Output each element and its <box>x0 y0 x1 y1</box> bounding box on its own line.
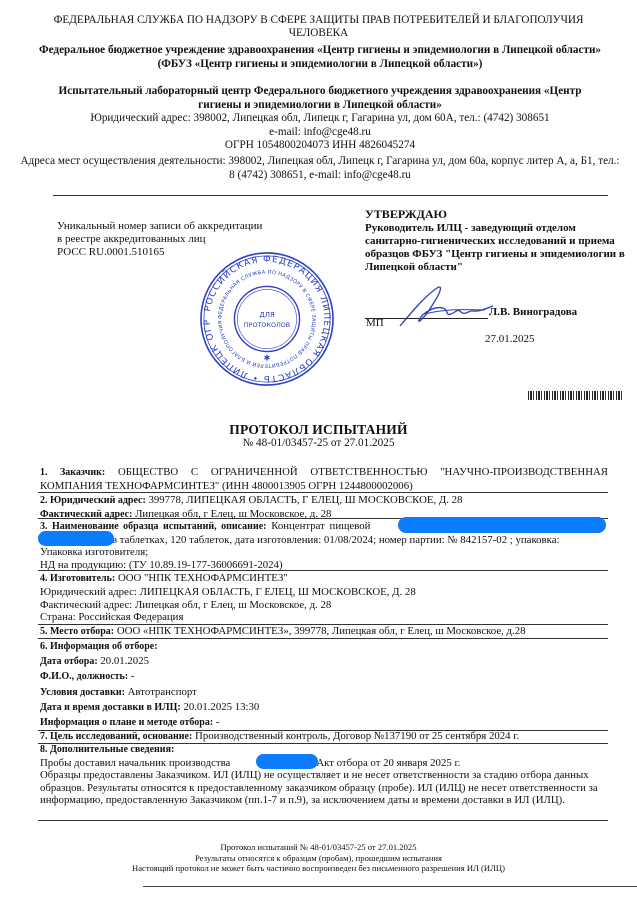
official-stamp-icon: РОССИЙСКАЯ ФЕДЕРАЦИЯ ЛИПЕЦКАЯ ОБЛАСТЬ • … <box>198 250 336 388</box>
accreditation-line2: в реестре аккредитованных лиц <box>57 233 307 246</box>
svg-text:✱: ✱ <box>264 353 271 362</box>
approval-date: 27.01.2025 <box>485 333 535 345</box>
barcode-icon <box>528 391 624 400</box>
sampling-place-label: 5. Место отбора: <box>40 626 114 637</box>
protocol-title: ПРОТОКОЛ ИСПЫТАНИЙ <box>0 422 637 438</box>
activity-address: Адреса мест осуществления деятельности: … <box>20 154 620 182</box>
sampling-plan-label: Информация о плане и методе отбора: <box>40 717 213 728</box>
sampling-info-label: 6. Информация об отборе: <box>40 639 608 654</box>
disclaimer-paragraph: Образцы предоставлены Заказчиком. ИЛ (ИЛ… <box>40 769 608 807</box>
sampling-place-value: ООО «НПК ТЕХНОФАРМСИНТЕЗ», 399778, Липец… <box>117 625 526 637</box>
lab-ogrn-inn: ОГРН 1054800204073 ИНН 4826045274 <box>20 139 620 153</box>
purpose-value: Производственный контроль, Договор №1371… <box>195 730 519 742</box>
institution-name: Федеральное бюджетное учреждение здравоо… <box>20 43 620 71</box>
sampler-name-value: - <box>131 671 134 682</box>
divider <box>38 492 608 493</box>
sampling-act-text: Акт отбора от 20 января 2025 г. <box>316 757 460 769</box>
approval-block: УТВЕРЖДАЮ Руководитель ИЛЦ - заведующий … <box>365 208 625 274</box>
lab-info: Испытательный лабораторный центр Федерал… <box>20 85 620 153</box>
sampling-date-value: 20.01.2025 <box>100 655 149 667</box>
customer-value: ОБЩЕСТВО С ОГРАНИЧЕННОЙ ОТВЕТСТВЕННОСТЬЮ… <box>40 466 608 492</box>
seal-place-label: МП <box>366 317 384 329</box>
svg-text:ДЛЯ: ДЛЯ <box>259 311 275 319</box>
approval-title: УТВЕРЖДАЮ <box>365 208 625 221</box>
section-customer: 1. Заказчик: ОБЩЕСТВО С ОГРАНИЧЕННОЙ ОТВ… <box>40 466 608 492</box>
divider <box>38 570 608 571</box>
additional-info-label: 8. Дополнительные сведения: <box>40 744 608 757</box>
legal-address-label: 2. Юридический адрес: <box>40 495 146 506</box>
header-divider <box>53 195 608 196</box>
manufacturer-legal-address: Юридический адрес: ЛИПЕЦКАЯ ОБЛАСТЬ, Г Е… <box>40 586 608 599</box>
approval-position: Руководитель ИЛЦ - заведующий отделом са… <box>365 222 625 274</box>
delivered-by-text: Пробы доставил начальник производства <box>40 757 230 769</box>
sample-value-cont: в таблетках, 120 таблеток, дата изготовл… <box>40 534 608 547</box>
agency-title: ФЕДЕРАЛЬНАЯ СЛУЖБА ПО НАДЗОРУ В СФЕРЕ ЗА… <box>30 14 607 40</box>
protocol-number: № 48-01/03457-25 от 27.01.2025 <box>0 437 637 449</box>
institution-full: Федеральное бюджетное учреждение здравоо… <box>20 43 620 57</box>
redaction-box <box>256 754 318 769</box>
sampler-name-label: Ф.И.О., должность: <box>40 671 128 682</box>
manufacturer-country: Страна: Российская Федерация <box>40 611 608 624</box>
footer-divider <box>143 886 637 887</box>
sampling-date-label: Дата отбора: <box>40 656 98 667</box>
delivery-conditions-label: Условия доставки: <box>40 687 125 698</box>
sampling-plan-value: - <box>216 717 219 728</box>
footer-results-note: Результаты относятся к образцам (пробам)… <box>0 853 637 864</box>
sample-packaging: Упаковка изготовителя; <box>40 546 608 559</box>
page-footer: Протокол испытаний № 48-01/03457-25 от 2… <box>0 842 637 874</box>
lab-name: Испытательный лабораторный центр Федерал… <box>20 85 620 112</box>
redaction-box <box>38 531 114 546</box>
purpose-label: 7. Цель исследований, основание: <box>40 731 192 742</box>
manufacturer-actual-address: Фактический адрес: Липецкая обл, г Елец,… <box>40 599 608 612</box>
manufacturer-label: 4. Изготовитель: <box>40 573 115 584</box>
delivery-datetime-label: Дата и время доставки в ИЛЦ: <box>40 702 181 713</box>
lab-email: e-mail: info@cge48.ru <box>20 126 620 140</box>
delivery-conditions-value: Автотранспорт <box>128 686 197 698</box>
section-sampling-info: 6. Информация об отборе: Дата отбора: 20… <box>40 639 608 730</box>
sample-value-start: Концентрат пищевой <box>271 520 370 532</box>
legal-address-value: 399778, ЛИПЕЦКАЯ ОБЛАСТЬ, Г ЕЛЕЦ, Ш МОСК… <box>148 494 462 506</box>
footer-protocol-ref: Протокол испытаний № 48-01/03457-25 от 2… <box>0 842 637 853</box>
footer-reproduction-note: Настоящий протокол не может быть частичн… <box>0 863 637 874</box>
customer-label: 1. Заказчик: <box>40 467 105 478</box>
section-additional-info: 8. Дополнительные сведения: Пробы достав… <box>40 744 608 807</box>
delivery-datetime-value: 20.01.2025 13:30 <box>183 701 259 713</box>
section-manufacturer: 4. Изготовитель: ООО "НПК ТЕХНОФАРМСИНТЕ… <box>40 572 608 624</box>
divider <box>38 820 608 821</box>
section-sampling-place: 5. Место отбора: ООО «НПК ТЕХНОФАРМСИНТЕ… <box>40 625 608 639</box>
signature-icon <box>395 284 495 329</box>
accreditation-line1: Уникальный номер записи об аккредитации <box>57 220 307 233</box>
institution-short: (ФБУЗ «Центр гигиены и эпидемиологии в Л… <box>20 57 620 71</box>
signer-name: Л.В. Виноградова <box>489 306 577 318</box>
redaction-box <box>398 517 606 533</box>
manufacturer-value: ООО "НПК ТЕХНОФАРМСИНТЕЗ" <box>118 572 288 584</box>
section-purpose: 7. Цель исследований, основание: Произво… <box>40 730 608 744</box>
svg-text:ПРОТОКОЛОВ: ПРОТОКОЛОВ <box>244 321 290 329</box>
lab-legal-address: Юридический адрес: 398002, Липецкая обл,… <box>20 112 620 126</box>
